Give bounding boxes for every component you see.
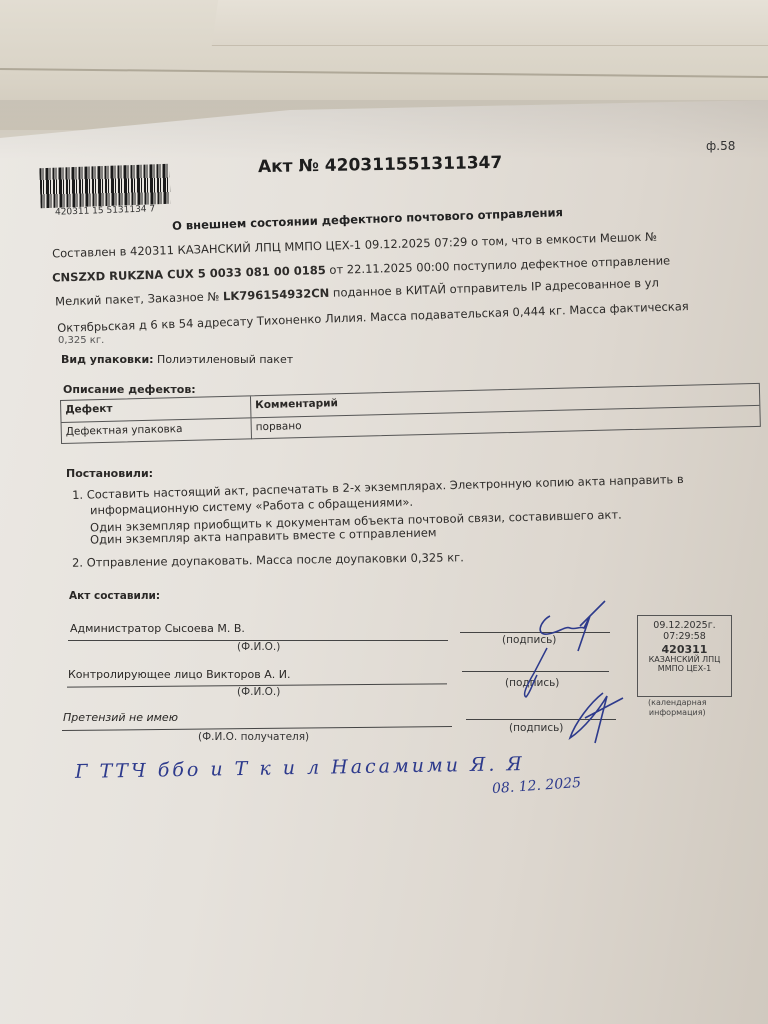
stamp-office-1: КАЗАНСКИЙ ЛПЦ <box>638 655 731 664</box>
background-paper-fold <box>212 0 768 46</box>
signature-scribble-icon <box>555 688 625 748</box>
name-caption: (Ф.И.О.) <box>237 686 280 698</box>
name-caption: (Ф.И.О.) <box>237 641 280 653</box>
signatory-administrator: Администратор Сысоева М. В. <box>70 622 245 635</box>
signatories-heading: Акт составили: <box>69 590 160 602</box>
stamp-caption-2: информация) <box>648 708 707 718</box>
signature-scribble-icon <box>512 645 552 700</box>
recipient-statement: Претензий не имею <box>63 711 178 724</box>
barcode-icon <box>39 164 170 209</box>
body-line-5: 0,325 кг. <box>58 335 104 346</box>
stamp-caption: (календарная информация) <box>648 698 707 718</box>
packaging-label: Вид упаковки: <box>61 353 154 366</box>
stamp-caption-1: (календарная <box>648 698 707 708</box>
signatory-controller: Контролирующее лицо Викторов А. И. <box>68 668 290 681</box>
document-title: Акт № 420311551311347 <box>258 153 503 177</box>
resolution-heading: Постановили: <box>66 467 153 480</box>
packaging-value: Полиэтиленовый пакет <box>154 353 294 366</box>
stamp-date: 09.12.2025г. <box>638 620 731 631</box>
defects-heading: Описание дефектов: <box>63 383 196 396</box>
packaging-type: Вид упаковки: Полиэтиленовый пакет <box>61 353 293 366</box>
calendar-stamp: 09.12.2025г. 07:29:58 420311 КАЗАНСКИЙ Л… <box>637 615 732 697</box>
stamp-code: 420311 <box>638 644 731 655</box>
form-code: ф.58 <box>706 139 735 153</box>
stamp-office-2: ММПО ЦЕХ-1 <box>638 664 731 673</box>
document-shadow <box>0 100 768 160</box>
stamp-time: 07:29:58 <box>638 631 731 642</box>
recipient-name-caption: (Ф.И.О. получателя) <box>198 731 309 743</box>
